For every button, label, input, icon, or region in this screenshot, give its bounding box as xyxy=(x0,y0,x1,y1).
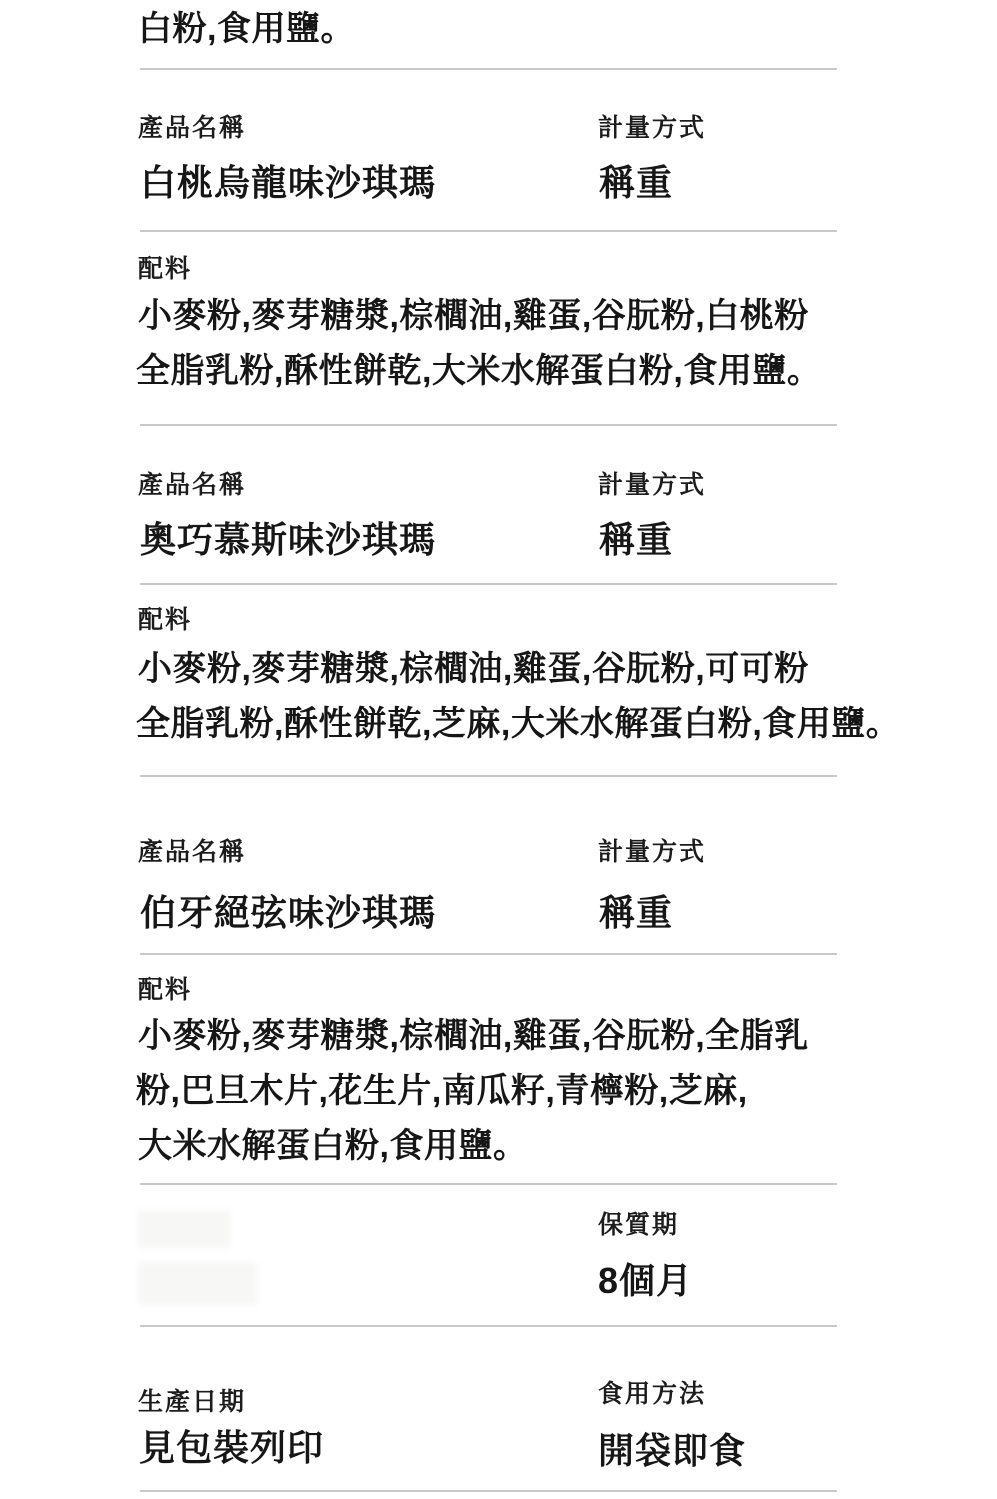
ingredients-line: 小麥粉,麥芽糖漿,棕櫚油,雞蛋,谷朊粉,白桃粉 xyxy=(138,288,809,337)
previous-section-ingredients-overflow: 白粉,食用鹽。 xyxy=(138,1,355,50)
ingredients-line: 小麥粉,麥芽糖漿,棕櫚油,雞蛋,谷朊粉,全脂乳 xyxy=(138,1008,809,1057)
ingredients-line: 大米水解蛋白粉,食用鹽。 xyxy=(138,1118,527,1167)
ingredients-line: 全脂乳粉,酥性餅乾,芝麻,大米水解蛋白粉,食用鹽。 xyxy=(136,696,900,745)
divider xyxy=(140,775,837,777)
ingredients-label: 配料 xyxy=(138,600,192,636)
measure-method-value: 稱重 xyxy=(599,512,673,563)
divider xyxy=(140,583,837,585)
ingredients-line: 小麥粉,麥芽糖漿,棕櫚油,雞蛋,谷朊粉,可可粉 xyxy=(138,641,809,690)
ingredients-line: 全脂乳粉,酥性餅乾,大米水解蛋白粉,食用鹽。 xyxy=(136,343,821,392)
product-name-label: 產品名稱 xyxy=(138,465,246,501)
divider xyxy=(140,1183,837,1185)
measure-method-value: 稱重 xyxy=(599,155,673,206)
divider xyxy=(140,1325,837,1327)
product-name-value: 奧巧慕斯味沙琪瑪 xyxy=(140,512,436,563)
measure-method-value: 稱重 xyxy=(599,885,673,936)
production-date-value: 見包裝列印 xyxy=(139,1420,324,1471)
usage-method-label: 食用方法 xyxy=(598,1374,706,1410)
ingredients-label: 配料 xyxy=(138,249,192,285)
shelf-life-label: 保質期 xyxy=(598,1205,679,1241)
divider xyxy=(140,424,837,426)
measure-method-label: 計量方式 xyxy=(598,465,706,501)
product-name-label: 產品名稱 xyxy=(138,832,246,868)
product-name-label: 產品名稱 xyxy=(138,108,246,144)
faded-text-placeholder xyxy=(138,1210,230,1248)
ingredients-line: 粉,巴旦木片,花生片,南瓜籽,青檸粉,芝麻, xyxy=(136,1063,748,1112)
divider xyxy=(140,68,837,70)
product-name-value: 白桃烏龍味沙琪瑪 xyxy=(140,155,436,206)
ingredients-label: 配料 xyxy=(138,970,192,1006)
measure-method-label: 計量方式 xyxy=(598,832,706,868)
usage-method-value: 開袋即食 xyxy=(598,1423,746,1474)
divider xyxy=(140,230,837,232)
divider xyxy=(140,1490,837,1492)
shelf-life-value: 8個月 xyxy=(598,1253,693,1304)
production-date-label: 生產日期 xyxy=(138,1382,246,1418)
faded-text-placeholder xyxy=(138,1262,257,1305)
divider xyxy=(140,953,837,955)
product-name-value: 伯牙絕弦味沙琪瑪 xyxy=(140,885,436,936)
measure-method-label: 計量方式 xyxy=(598,108,706,144)
product-detail-page: 白粉,食用鹽。 產品名稱 計量方式 白桃烏龍味沙琪瑪 稱重 配料 小麥粉,麥芽糖… xyxy=(0,0,997,1499)
